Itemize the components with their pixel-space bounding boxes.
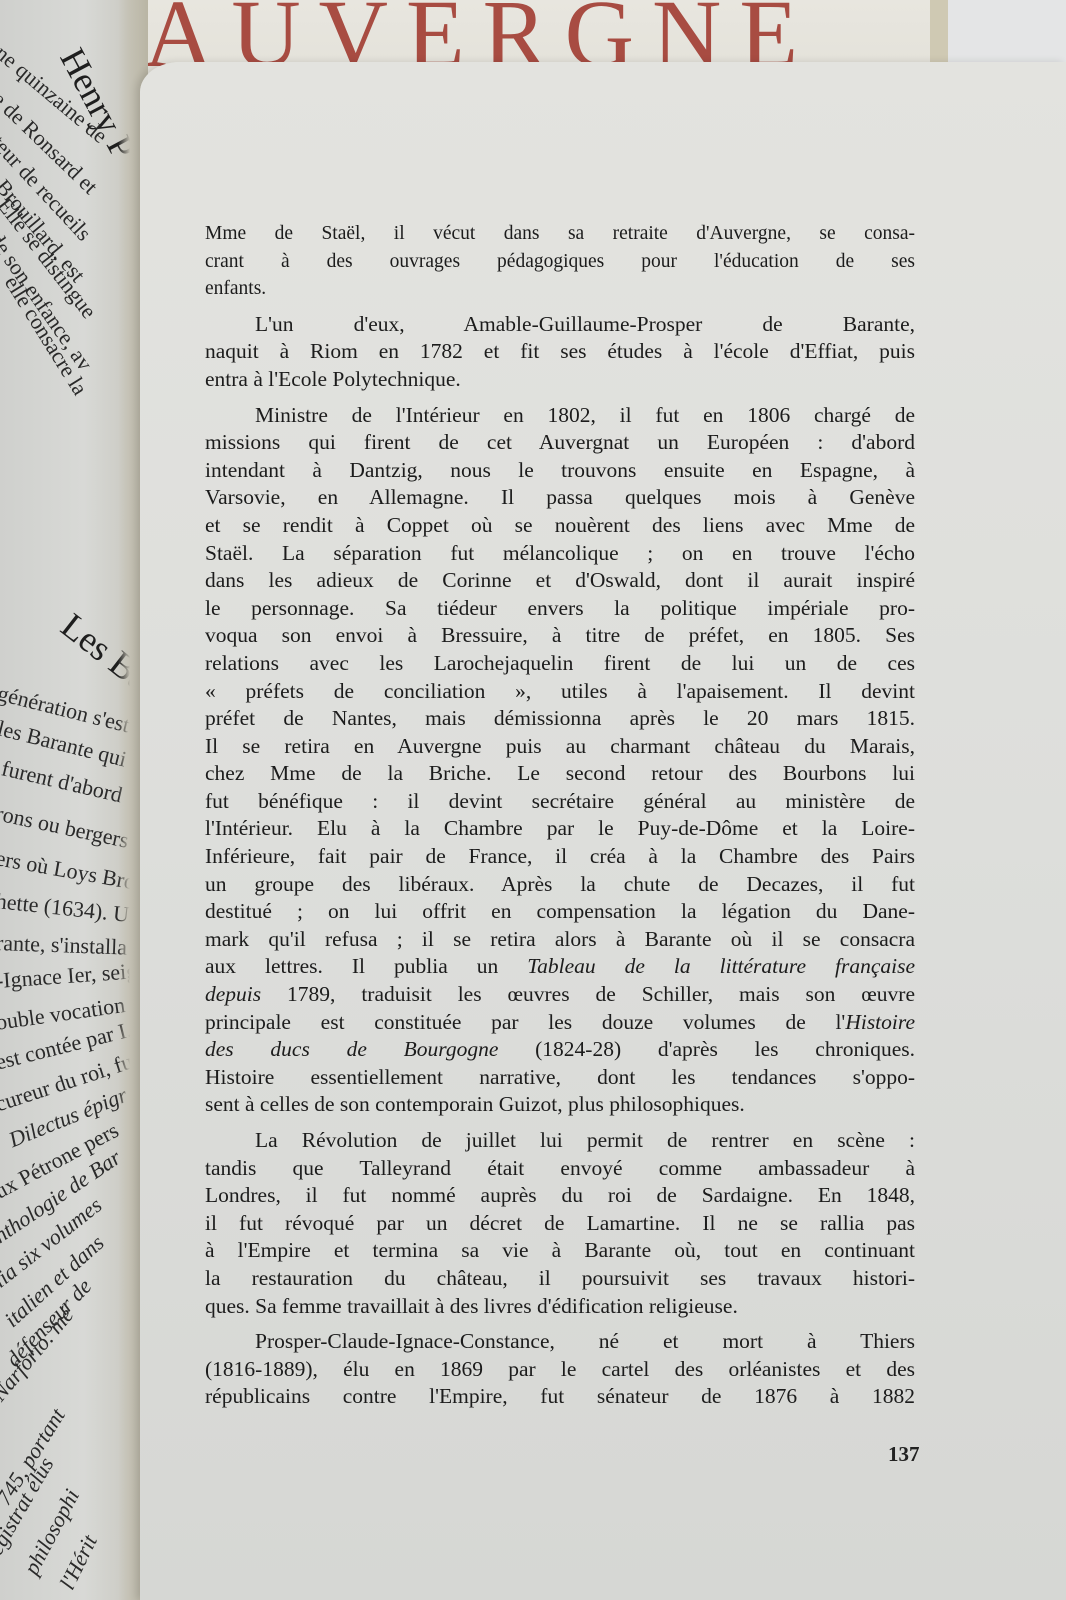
- book-title-italic: Histoire: [845, 1010, 915, 1034]
- text-line: « préfets de conciliation », utiles à l'…: [205, 678, 915, 706]
- text-line: Staël. La séparation fut mélancolique ; …: [205, 540, 915, 568]
- text-line: depuis 1789, traduisit les œuvres de Sch…: [205, 981, 915, 1009]
- text-line: le personnage. Sa tiédeur envers la poli…: [205, 595, 915, 623]
- text-line: Prosper-Claude-Ignace-Constance, né et m…: [205, 1328, 915, 1356]
- text-line: il fut révoqué par un décret de Lamartin…: [205, 1210, 915, 1238]
- text-line: préfet de Nantes, mais démissionna après…: [205, 705, 915, 733]
- page-body-text: Mme de Staël, il vécut dans sa retraite …: [205, 220, 915, 1411]
- page-number: 137: [888, 1442, 920, 1467]
- text-line: entra à l'Ecole Polytechnique.: [205, 366, 915, 394]
- text-line: Ministre de l'Intérieur en 1802, il fut …: [205, 402, 915, 430]
- text-segment: aux lettres. Il publia un: [205, 954, 527, 978]
- text-line: crant à des ouvrages pédagogiques pour l…: [205, 248, 915, 276]
- left-page-line: rante, s'installa: [0, 930, 127, 961]
- text-segment: 1789, traduisit les œuvres de Schiller, …: [261, 982, 915, 1006]
- text-line: tandis que Talleyrand était envoyé comme…: [205, 1155, 915, 1183]
- text-line: aux lettres. Il publia un Tableau de la …: [205, 953, 915, 981]
- text-line: chez Mme de la Briche. Le second retour …: [205, 760, 915, 788]
- text-line: La Révolution de juillet lui permit de r…: [205, 1127, 915, 1155]
- book-title-italic: Tableau de la littérature française: [527, 954, 915, 978]
- text-line: des ducs de Bourgogne (1824-28) d'après …: [205, 1036, 915, 1064]
- text-line: Londres, il fut nommé auprès du roi de S…: [205, 1182, 915, 1210]
- text-line: missions qui firent de cet Auvergnat un …: [205, 429, 915, 457]
- text-line: Varsovie, en Allemagne. Il passa quelque…: [205, 484, 915, 512]
- text-line: sent à celles de son contemporain Guizot…: [205, 1091, 915, 1119]
- text-line: ques. Sa femme travaillait à des livres …: [205, 1293, 915, 1321]
- text-line: relations avec les Larochejaquelin firen…: [205, 650, 915, 678]
- text-line: républicains contre l'Empire, fut sénate…: [205, 1383, 915, 1411]
- text-line: principale est constituée par les douze …: [205, 1009, 915, 1037]
- text-line: et se rendit à Coppet où se nouèrent des…: [205, 512, 915, 540]
- text-line: L'un d'eux, Amable-Guillaume-Prosper de …: [205, 311, 915, 339]
- text-line: un groupe des libéraux. Après la chute d…: [205, 871, 915, 899]
- text-line: fut bénéfique : il devint secrétaire gén…: [205, 788, 915, 816]
- text-line: la restauration du château, il poursuivi…: [205, 1265, 915, 1293]
- book-title-italic: depuis: [205, 982, 261, 1006]
- text-line: naquit à Riom en 1782 et fit ses études …: [205, 338, 915, 366]
- text-line: Il se retira en Auvergne puis au charman…: [205, 733, 915, 761]
- text-line: Mme de Staël, il vécut dans sa retraite …: [205, 220, 915, 248]
- book-title-italic: des ducs de Bourgogne: [205, 1037, 498, 1061]
- text-line: Inférieure, fait pair de France, il créa…: [205, 843, 915, 871]
- text-line: à l'Empire et termina sa vie à Barante o…: [205, 1237, 915, 1265]
- text-segment: principale est constituée par les douze …: [205, 1010, 845, 1034]
- text-line: enfants.: [205, 275, 915, 303]
- text-line: destitué ; on lui offrit en compensation…: [205, 898, 915, 926]
- text-line: l'Intérieur. Elu à la Chambre par le Puy…: [205, 815, 915, 843]
- text-line: mark qu'il refusa ; il se retira alors à…: [205, 926, 915, 954]
- text-line: dans les adieux de Corinne et d'Oswald, …: [205, 567, 915, 595]
- text-line: intendant à Dantzig, nous le trouvons en…: [205, 457, 915, 485]
- text-line: voqua son envoi à Bressuire, à titre de …: [205, 622, 915, 650]
- text-line: (1816-1889), élu en 1869 par le cartel d…: [205, 1356, 915, 1384]
- text-segment: (1824-28) d'après les chroniques.: [498, 1037, 915, 1061]
- text-line: Histoire essentiellement narrative, dont…: [205, 1064, 915, 1092]
